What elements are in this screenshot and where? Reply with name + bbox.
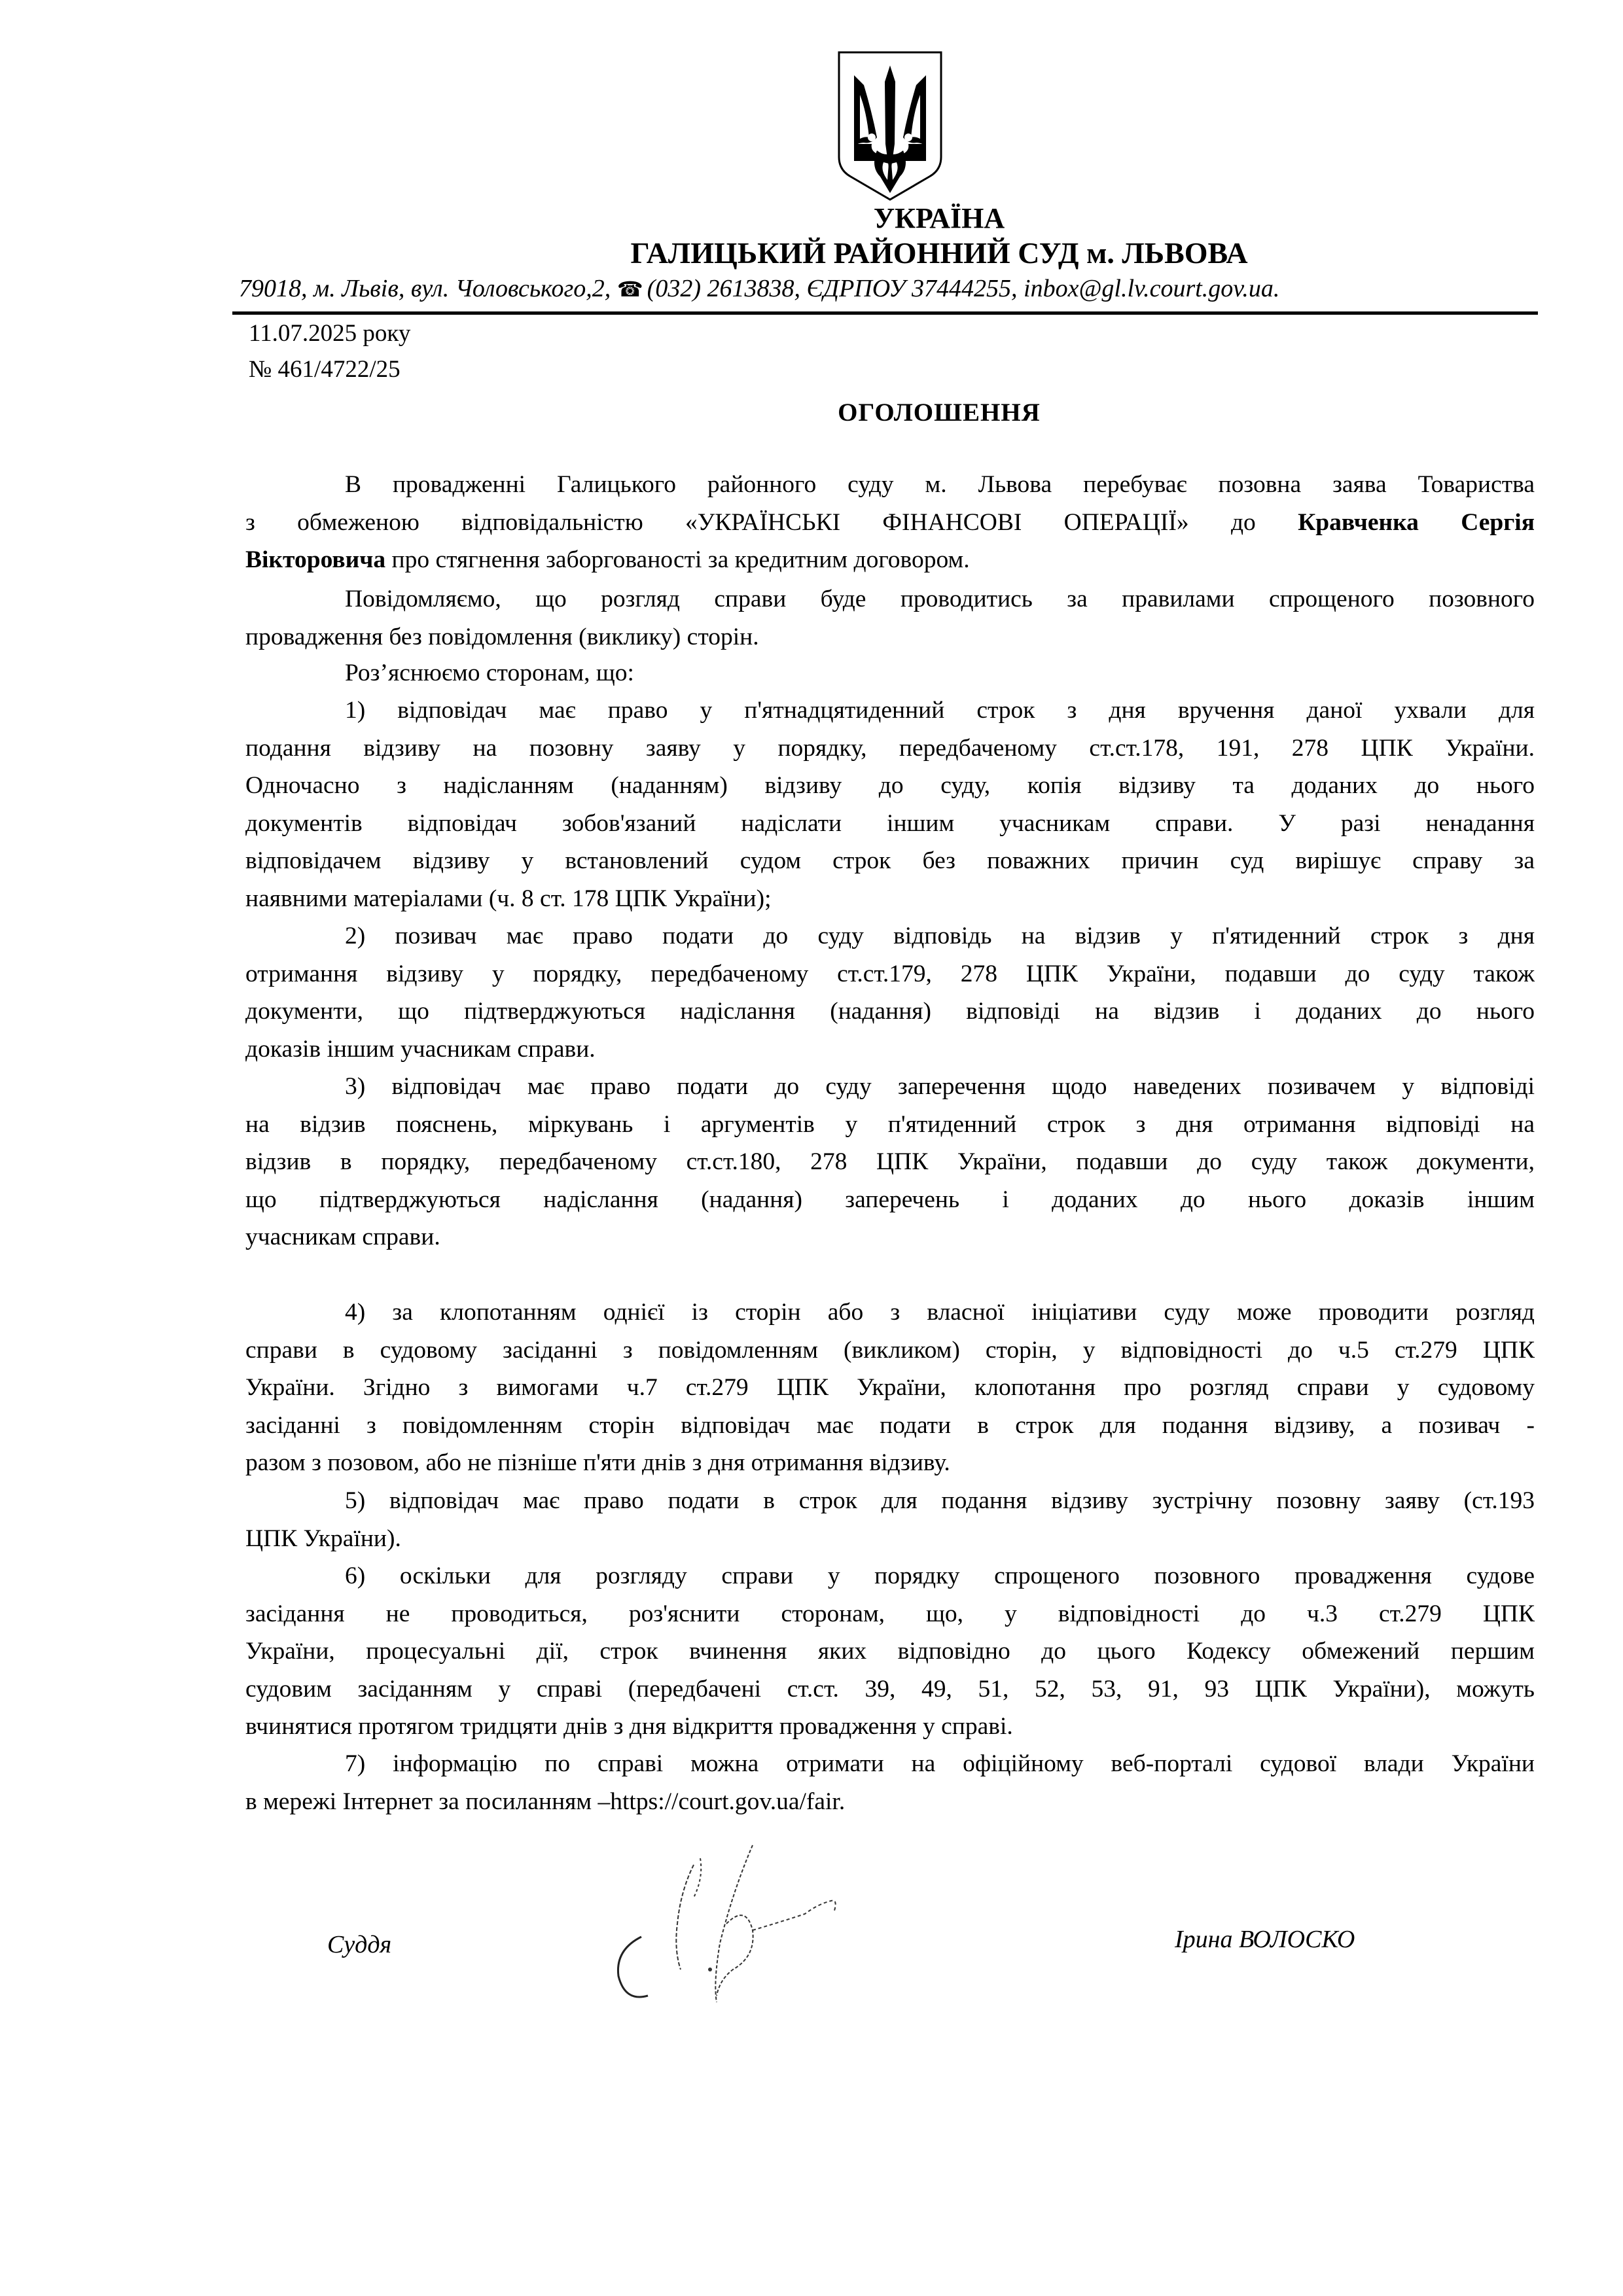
country-title: УКРАЇНА xyxy=(0,202,1623,236)
text-line: 5) відповідач має право подати в строк д… xyxy=(245,1482,1535,1520)
text-line: документи, що підтверджуються надіслання… xyxy=(245,993,1535,1031)
document-date: 11.07.2025 року xyxy=(249,319,410,348)
court-contacts: 79018, м. Львів, вул. Чоловського,2, ☎(0… xyxy=(239,274,1279,304)
text-line: України. Згідно з вимогами ч.7 ст.279 ЦП… xyxy=(245,1369,1535,1407)
text-line: Вікторовича про стягнення заборгованості… xyxy=(245,541,1535,579)
text-line: наявними матеріалами (ч. 8 ст. 178 ЦПК У… xyxy=(245,880,1535,918)
bold-text: Кравченка Сергія xyxy=(1298,509,1535,536)
text-line: 2) позивач має право подати до суду відп… xyxy=(245,917,1535,955)
text-line: на відзив пояснень, міркувань і аргумент… xyxy=(245,1106,1535,1144)
text-line: В провадженні Галицького районного суду … xyxy=(245,466,1535,504)
paragraph-3: Роз’яснюємо сторонам, що: xyxy=(245,654,1535,692)
text-line: 3) відповідач має право подати до суду з… xyxy=(245,1068,1535,1106)
letterhead-divider xyxy=(232,311,1538,315)
text-line: що підтверджуються надіслання (надання) … xyxy=(245,1181,1535,1219)
text-line: Одночасно з надісланням (наданням) відзи… xyxy=(245,767,1535,805)
text-line: 1) відповідач має право у п'ятнадцятиден… xyxy=(245,692,1535,730)
text-line: засідання не проводиться, роз'яснити сто… xyxy=(245,1595,1535,1633)
court-email: inbox@gl.lv.court.gov.ua. xyxy=(1024,275,1279,302)
text-line: учасникам справи. xyxy=(245,1218,1535,1256)
text-line: 6) оскільки для розгляду справи у порядк… xyxy=(245,1557,1535,1595)
court-notice-page: УКРАЇНА ГАЛИЦЬКИЙ РАЙОННИЙ СУД м. ЛЬВОВА… xyxy=(0,0,1623,2296)
text-line: справи в судовому засіданні з повідомлен… xyxy=(245,1332,1535,1369)
bold-text: Вікторовича xyxy=(245,546,385,573)
signature-label: Суддя xyxy=(327,1930,391,1959)
signature-block: Суддя Ірина ВОЛОСКО xyxy=(0,1911,1623,1989)
court-edrpou: ЄДРПОУ 37444255, xyxy=(806,275,1017,302)
text-line: 7) інформацію по справі можна отримати н… xyxy=(245,1745,1535,1783)
text-line: 4) за клопотанням однієї із сторін або з… xyxy=(245,1294,1535,1332)
text-line: ЦПК України). xyxy=(245,1520,1535,1558)
paragraph-6: 3) відповідач має право подати до суду з… xyxy=(245,1068,1535,1256)
text-line: провадження без повідомлення (виклику) с… xyxy=(245,618,1535,656)
text-line: відповідачем відзиву у встановлений судо… xyxy=(245,842,1535,880)
text-line: відзив в порядку, передбаченому ст.ст.18… xyxy=(245,1143,1535,1181)
text-line: вчинятися протягом тридцяти днів з дня в… xyxy=(245,1708,1535,1746)
text-line: доказів іншим учасникам справи. xyxy=(245,1031,1535,1069)
trident-coat-of-arms-icon xyxy=(831,46,949,203)
paragraph-8: 5) відповідач має право подати в строк д… xyxy=(245,1482,1535,1557)
text-line: судовим засіданням у справі (передбачені… xyxy=(245,1670,1535,1708)
paragraph-7: 4) за клопотанням однієї із сторін або з… xyxy=(245,1294,1535,1482)
text-line: отримання відзиву у порядку, передбачено… xyxy=(245,955,1535,993)
text-line: України, процесуальні дії, строк вчиненн… xyxy=(245,1633,1535,1670)
paragraph-10: 7) інформацію по справі можна отримати н… xyxy=(245,1745,1535,1820)
text-line: Роз’яснюємо сторонам, що: xyxy=(245,654,1535,692)
text-line: подання відзиву на позовну заяву у поряд… xyxy=(245,730,1535,768)
text-line: Повідомляємо, що розгляд справи буде про… xyxy=(245,580,1535,618)
phone-icon: ☎ xyxy=(617,274,643,304)
paragraph-9: 6) оскільки для розгляду справи у порядк… xyxy=(245,1557,1535,1746)
court-phone: (032) 2613838, xyxy=(647,275,800,302)
case-number: № 461/4722/25 xyxy=(249,355,401,384)
judge-name: Ірина ВОЛОСКО xyxy=(1175,1925,1355,1954)
text-line: засіданні з повідомленням сторін відпові… xyxy=(245,1407,1535,1445)
text-line: в мережі Інтернет за посиланням –https:/… xyxy=(245,1783,1535,1821)
paragraph-2: Повідомляємо, що розгляд справи буде про… xyxy=(245,580,1535,656)
text-line: з обмеженою відповідальністю «УКРАЇНСЬКІ… xyxy=(245,504,1535,542)
text-line: документів відповідач зобов'язаний надіс… xyxy=(245,805,1535,843)
text-line: разом з позовом, або не пізніше п'яти дн… xyxy=(245,1444,1535,1482)
document-heading: ОГОЛОШЕННЯ xyxy=(0,398,1623,427)
paragraph-4: 1) відповідач має право у п'ятнадцятиден… xyxy=(245,692,1535,917)
paragraph-1: В провадженні Галицького районного суду … xyxy=(245,466,1535,579)
court-title: ГАЛИЦЬКИЙ РАЙОННИЙ СУД м. ЛЬВОВА xyxy=(0,236,1623,271)
paragraph-5: 2) позивач має право подати до суду відп… xyxy=(245,917,1535,1068)
court-address: 79018, м. Львів, вул. Чоловського,2, xyxy=(239,275,611,302)
handwritten-signature-icon xyxy=(589,1839,982,2009)
